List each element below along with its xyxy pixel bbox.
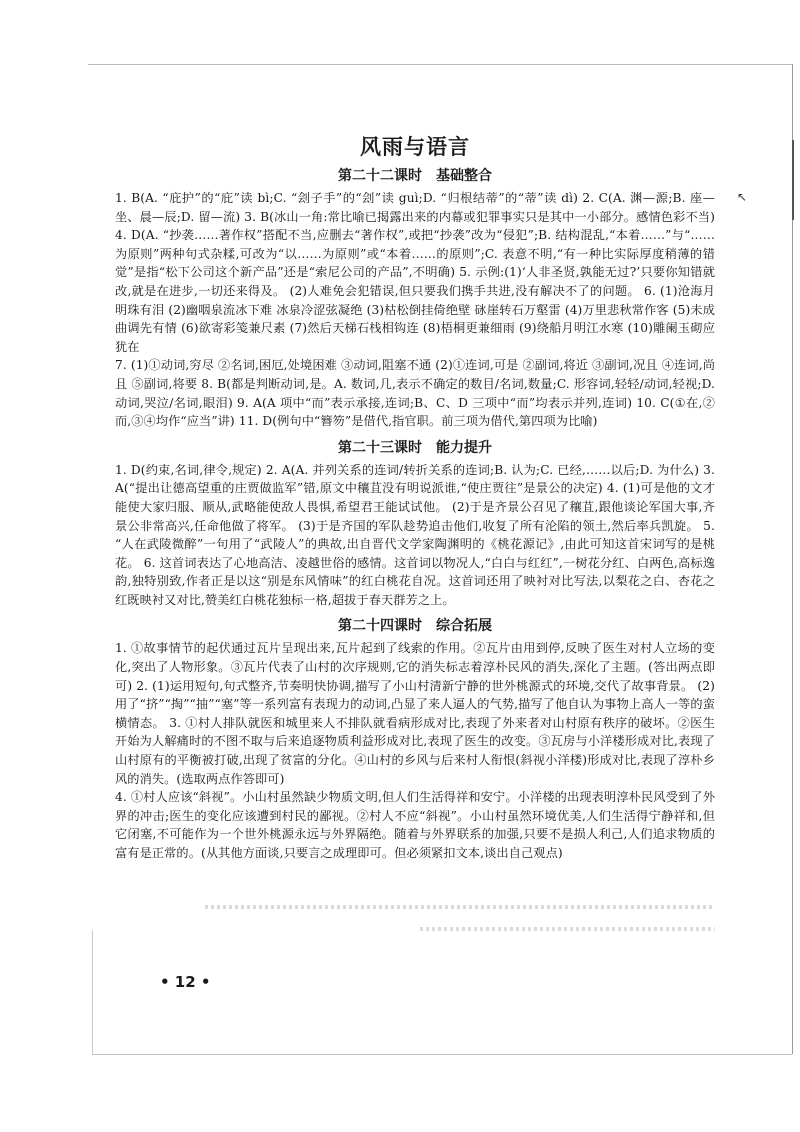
answer-paragraph: 1. B(A. “庇护”的“庇”读 bì;C. “刽子手”的“刽”读 guì;D… (115, 189, 715, 356)
answer-paragraph: 1. ①故事情节的起伏通过瓦片呈现出来,瓦片起到了线索的作用。②瓦片由用到停,反… (115, 639, 715, 788)
page-title: 风雨与语言 (115, 133, 715, 161)
scan-edge-shadow (792, 140, 794, 220)
answer-paragraph: 7. (1)①动词,穷尽 ②名词,困厄,处境困难 ③动词,阻塞不通 (2)①连词… (115, 356, 715, 430)
page-border-left (92, 930, 93, 1055)
section-heading-lesson-24: 第二十四课时综合拓展 (115, 615, 715, 637)
lesson-topic: 基础整合 (436, 168, 492, 184)
bleed-through-text (420, 927, 715, 931)
lesson-number: 第二十二课时 (338, 168, 422, 184)
answer-paragraph: 4. ①村人应该“斜视”。小山村虽然缺少物质文明,但人们生活得祥和安宁。小洋楼的… (115, 788, 715, 862)
section-heading-lesson-23: 第二十三课时能力提升 (115, 437, 715, 459)
bleed-through-text (205, 905, 715, 909)
section-heading-lesson-22: 第二十二课时基础整合 (115, 165, 715, 187)
page-border-bottom (92, 1054, 792, 1055)
lesson-topic: 综合拓展 (436, 618, 492, 634)
answer-page: 风雨与语言 第二十二课时基础整合 1. B(A. “庇护”的“庇”读 bì;C.… (115, 133, 715, 863)
page-number: • 12 • (160, 973, 211, 991)
lesson-topic: 能力提升 (436, 440, 492, 456)
page-border-top (88, 64, 792, 65)
lesson-number: 第二十三课时 (338, 440, 422, 456)
lesson-number: 第二十四课时 (338, 618, 422, 634)
answer-paragraph: 1. D(约束,名词,律令,规定) 2. A(A. 并列关系的连词/转折关系的连… (115, 461, 715, 610)
scan-mark: ↖ (737, 190, 747, 204)
